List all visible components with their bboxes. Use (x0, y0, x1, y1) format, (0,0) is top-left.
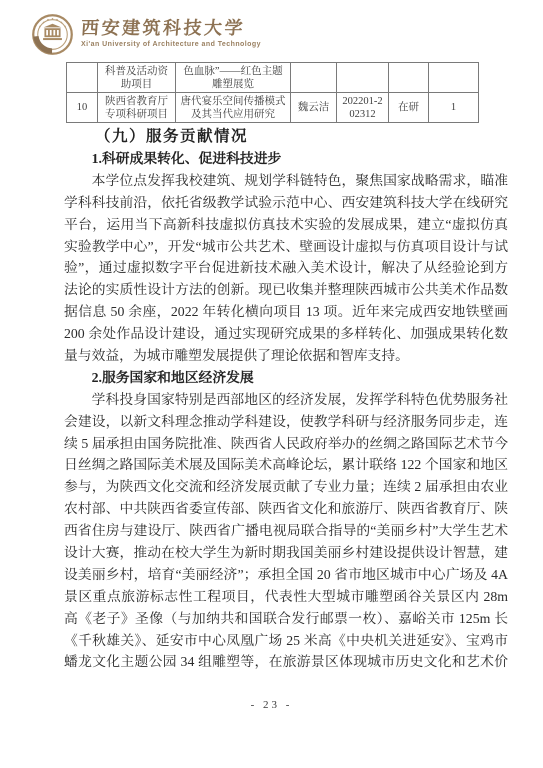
project-category-cell: 科普及活动资助项目 (98, 63, 176, 93)
text-line: 设计大赛，推动在校大学生为新时期我国美丽乡村建设提供设计智慧，建 (64, 542, 508, 564)
text-line: 高《老子》圣像（与加纳共和国联合发行邮票一枚）、嘉峪关市 125m 长 (64, 608, 508, 630)
text-line: 日丝绸之路国际美术展及国际美术高峰论坛，累计联络 122 个国家和地区 (64, 454, 508, 476)
project-status-cell: 在研 (389, 93, 429, 123)
text-line: 法论的实质性设计方法的创新。现已收集并整理陕西城市公共美术作品数 (64, 279, 508, 301)
university-name-cn: 西安建筑科技大学 (80, 18, 261, 38)
section-heading: （九）服务贡献情况 (64, 126, 508, 148)
university-name-block: 西安建筑科技大学 Xi'an University of Architectur… (81, 13, 261, 48)
paragraph-1: 本学位点发挥我校建筑、规划学科链特色，聚焦国家战略需求，瞄准学科科技前沿，依托省… (64, 170, 508, 367)
project-count-cell: 1 (429, 93, 479, 123)
text-line: 量与效益，为城市雕塑发展提供了理论依据和智库支持。 (64, 345, 508, 367)
text-line: 平台，运用当下高新科技虚拟仿真技术实验的发展成果，建立“虚拟仿真 (64, 214, 508, 236)
project-leader-cell (291, 63, 337, 93)
text-line: 会建设，以新文科理念推动学科建设，使教学科研与经济服务同步走，连 (64, 411, 508, 433)
text-line: 西省住房与建设厅、陕西省广播电视局联合指导的“美丽乡村”大学生艺术 (64, 520, 508, 542)
projects-table-body: 科普及活动资助项目 色血脉”——红色主题雕塑展览 10 陕西省教育厅专项科研项目… (67, 63, 479, 123)
project-no-cell (67, 63, 98, 93)
text-line: 学科投身国家特别是西部地区的经济发展，发挥学科特色优势服务社 (64, 389, 508, 411)
text-line: 验”，通过虚拟数字平台促进新技术融入美术设计，解决了从经验论到方 (64, 257, 508, 279)
table-row: 科普及活动资助项目 色血脉”——红色主题雕塑展览 (67, 63, 479, 93)
project-period-cell: 202201-202312 (337, 93, 389, 123)
university-seal-icon (31, 13, 74, 56)
text-line: 参与，为陕西文化交流和经济发展贡献了专业力量；连续 2 届承担由农业 (64, 476, 508, 498)
projects-table: 科普及活动资助项目 色血脉”——红色主题雕塑展览 10 陕西省教育厅专项科研项目… (66, 62, 479, 123)
project-category-cell: 陕西省教育厅专项科研项目 (98, 93, 176, 123)
text-line: 景区重点旅游标志性工程项目，代表性大型城市雕塑函谷关景区内 28m (64, 586, 508, 608)
document-page: 西安建筑科技大学 Xi'an University of Architectur… (0, 0, 543, 768)
text-line: 本学位点发挥我校建筑、规划学科链特色，聚焦国家战略需求，瞄准 (64, 170, 508, 192)
text-line: 实验教学中心”，开发“城市公共艺术、壁画设计虚拟与仿真项目设计与试 (64, 236, 508, 258)
text-line: 200 余处作品设计建设，通过实现研究成果的多样转化、加强成果转化数 (64, 323, 508, 345)
text-line: 蟠龙文化主题公园 34 组雕塑等，在旅游景区体现城市历史文化和艺术价值， (64, 651, 508, 673)
project-title-cell: 色血脉”——红色主题雕塑展览 (176, 63, 291, 93)
text-line: 设美丽乡村，培育“美丽经济”；承担全国 20 省市地区城市中心广场及 4A (64, 564, 508, 586)
subsection-heading-1: 1.科研成果转化、促进科技进步 (64, 148, 508, 170)
paragraph-2: 学科投身国家特别是西部地区的经济发展，发挥学科特色优势服务社会建设，以新文科理念… (64, 389, 508, 674)
university-name-en: Xi'an University of Architecture and Tec… (81, 41, 261, 48)
text-line: 学科科技前沿，依托省级教学试验示范中心、西安建筑科技大学在线研究 (64, 192, 508, 214)
project-title-cell: 唐代宴乐空间传播模式及其当代应用研究 (176, 93, 291, 123)
subsection-heading-2: 2.服务国家和地区经济发展 (64, 367, 508, 389)
page-number: - 23 - (0, 699, 543, 711)
table-row: 10 陕西省教育厅专项科研项目 唐代宴乐空间传播模式及其当代应用研究 魏云洁 2… (67, 93, 479, 123)
document-body: （九）服务贡献情况 1.科研成果转化、促进科技进步 本学位点发挥我校建筑、规划学… (64, 126, 508, 673)
text-line: 农村部、中共陕西省委宣传部、陕西省文化和旅游厅、陕西省教育厅、陕 (64, 498, 508, 520)
project-period-cell (337, 63, 389, 93)
project-count-cell (429, 63, 479, 93)
project-status-cell (389, 63, 429, 93)
project-leader-cell: 魏云洁 (291, 93, 337, 123)
text-line: 《千秋雄关》、延安市中心凤凰广场 25 米高《中央机关进延安》、宝鸡市 (64, 630, 508, 652)
project-no-cell: 10 (67, 93, 98, 123)
text-line: 续 5 届承担由国务院批准、陕西省人民政府举办的丝绸之路国际艺术节今 (64, 433, 508, 455)
text-line: 据信息 50 余座，2022 年转化横向项目 13 项。近年来完成西安地铁壁画近 (64, 301, 508, 323)
university-brand: 西安建筑科技大学 Xi'an University of Architectur… (31, 13, 261, 56)
